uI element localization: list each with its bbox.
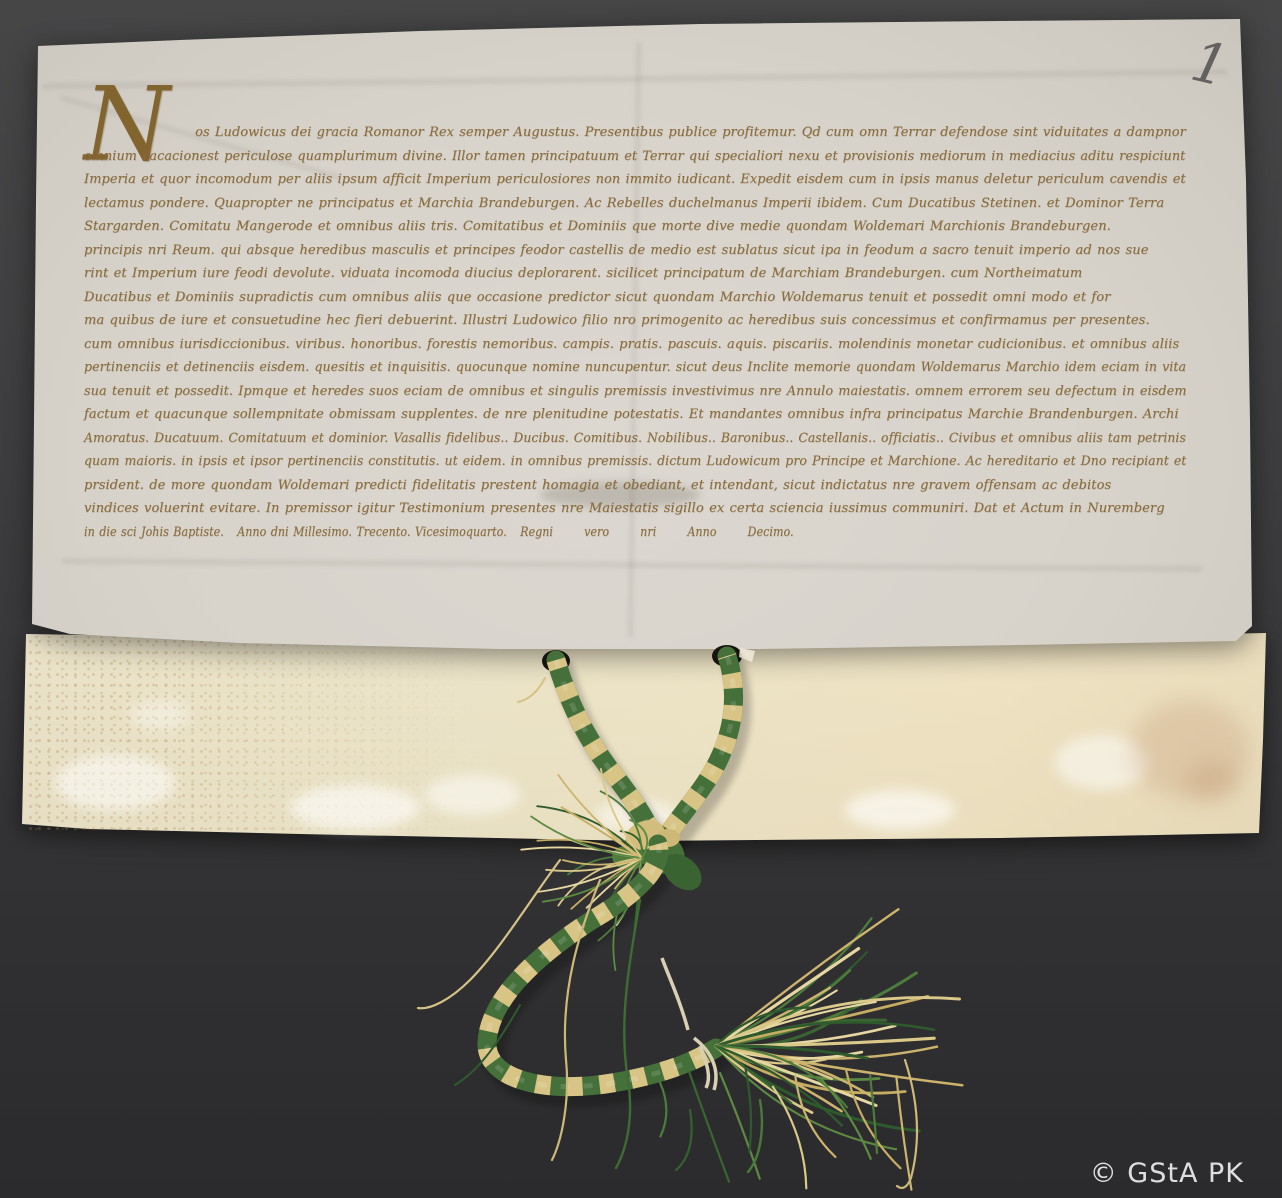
manuscript-line: sua tenuit et possedit. Ipmque et herede… <box>84 380 1168 404</box>
manuscript-line: ma quibus de iure et consuetudine hec fi… <box>84 309 1186 333</box>
manuscript-line: lectamus pondere. Quapropter ne principa… <box>84 192 1186 216</box>
manuscript-line: in die sci Johis Baptiste. Anno dni Mill… <box>84 521 1018 545</box>
manuscript-line: principis nri Reum. qui absque heredibus… <box>84 239 1186 263</box>
manuscript-line: prsident. de more quondam Woldemari pred… <box>84 474 1186 498</box>
manuscript-line: cum omnibus iurisdiccionibus. viribus. h… <box>84 333 1186 357</box>
manuscript-line: vindices voluerint evitare. In premissor… <box>84 497 1186 521</box>
manuscript-line: quam maioris. in ipsis et ipsor pertinen… <box>84 450 1138 474</box>
manuscript-line: Stargarden. Comitatu Mangerode et omnibu… <box>84 215 1186 239</box>
manuscript-line: Ducatibus et Dominiis supradictis cum om… <box>84 286 1186 310</box>
manuscript-line: omnium vacacionest periculose quamplurim… <box>84 145 1165 169</box>
manuscript-line: Amoratus. Ducatuum. Comitatuum et domini… <box>84 427 1128 451</box>
manuscript-line: pertinenciis et detinenciis eisdem. ques… <box>84 356 1149 380</box>
copyright-watermark: © GStA PK <box>1090 1158 1244 1189</box>
manuscript-line: os Ludowicus dei gracia Romanor Rex semp… <box>84 121 1177 145</box>
manuscript-line: factum et quacunque sollempnitate obmiss… <box>84 403 1186 427</box>
manuscript-line: rint et Imperium iure feodi devolute. vi… <box>84 262 1186 286</box>
manuscript-line: Imperia et quor incomodum per aliis ipsu… <box>84 168 1177 192</box>
manuscript-text: os Ludowicus dei gracia Romanor Rex semp… <box>84 121 1186 544</box>
archive-photo-stage: N os Ludowicus dei gracia Romanor Rex se… <box>0 0 1282 1198</box>
